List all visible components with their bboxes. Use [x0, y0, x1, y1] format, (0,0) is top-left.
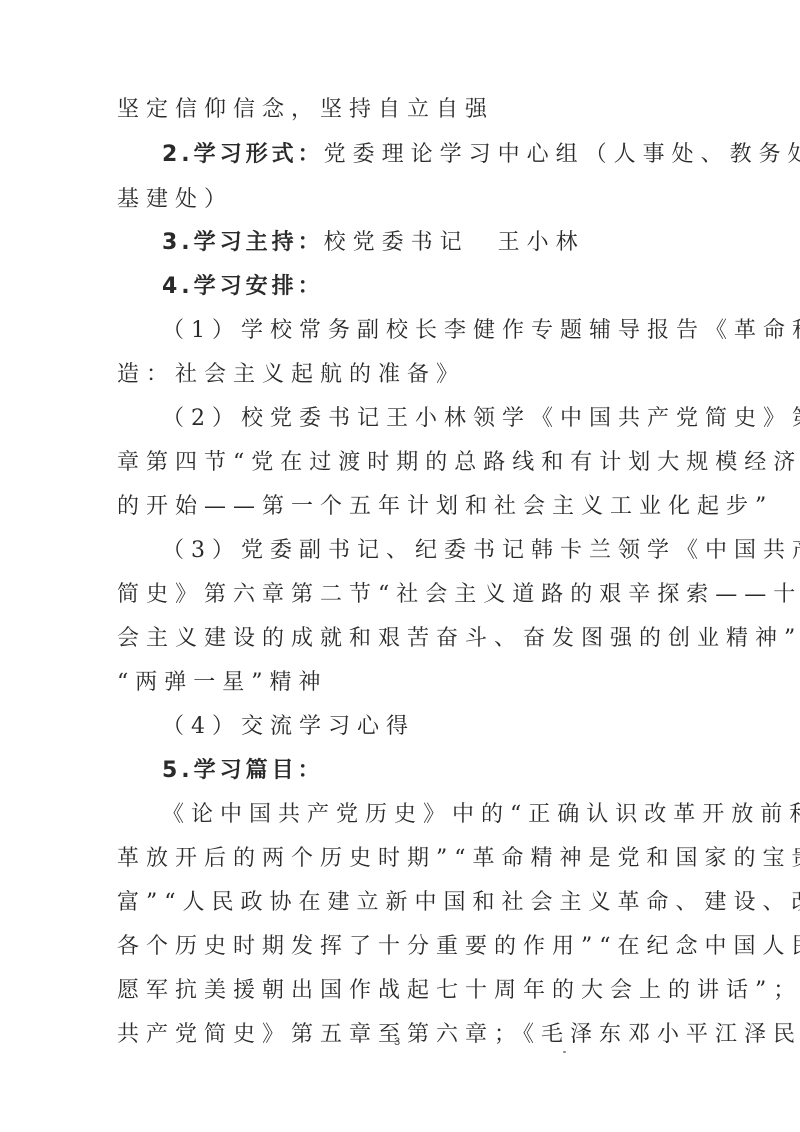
text-line: “两弹一星”精神: [117, 668, 687, 698]
document-page: 坚定信仰信念，坚持自立自强 2.学习形式：党委理论学习中心组（人事处、教务处、 …: [0, 0, 800, 1132]
page-number: 3: [394, 1036, 400, 1048]
text-line: 愿军抗美援朝出国作战起七十周年的大会上的讲话”；《中国: [117, 976, 687, 1006]
line-text: 章第四节“党在过渡时期的总路线和有计划大规模经济建设: [117, 450, 800, 475]
line-text: 共产党简史》第五章至第六章；《毛泽东邓小平江泽民胡锦: [117, 1022, 800, 1047]
section-heading-line: 3.学习主持：校党委书记 王小林: [162, 228, 732, 258]
scan-speck: [563, 1051, 566, 1053]
line-text: 校党委书记 王小林: [324, 230, 585, 255]
line-text: 的开始——第一个五年计划和社会主义工业化起步”: [117, 494, 773, 519]
text-line: 坚定信仰信念，坚持自立自强: [117, 95, 687, 125]
line-text: 革放开后的两个历史时期”“革命精神是党和国家的宝贵财: [117, 846, 800, 871]
line-text: （4）交流学习心得: [162, 714, 415, 739]
text-line: 各个历史时期发挥了十分重要的作用”“在纪念中国人民志: [117, 932, 687, 962]
section-heading-line: 4.学习安排：: [162, 272, 732, 302]
line-text: （3）党委副书记、纪委书记韩卡兰领学《中国共产党: [162, 538, 800, 563]
line-text: “两弹一星”精神: [117, 670, 328, 695]
section-heading: 5.学习篇目：: [162, 758, 324, 783]
line-text: （1）学校常务副校长李健作专题辅导报告《革命和改: [162, 318, 800, 343]
line-text: 会主义建设的成就和艰苦奋斗、奋发图强的创业精神”，谈: [117, 626, 800, 651]
line-text: （2）校党委书记王小林领学《中国共产党简史》第五: [162, 406, 800, 431]
section-heading-line: 2.学习形式：党委理论学习中心组（人事处、教务处、: [162, 140, 732, 170]
text-line: 革放开后的两个历史时期”“革命精神是党和国家的宝贵财: [117, 844, 687, 874]
text-line: 基建处）: [117, 185, 687, 215]
text-line: 富”“人民政协在建立新中国和社会主义革命、建设、改革: [117, 888, 687, 918]
line-text: 党委理论学习中心组（人事处、教务处、: [324, 142, 800, 167]
line-text: 《论中国共产党历史》中的“正确认识改革开放前和改: [162, 802, 800, 827]
section-heading-line: 5.学习篇目：: [162, 756, 732, 786]
text-line: （1）学校常务副校长李健作专题辅导报告《革命和改: [162, 316, 732, 346]
line-text: 造：社会主义起航的准备》: [117, 362, 465, 387]
section-heading: 3.学习主持：: [162, 230, 324, 255]
text-line: 章第四节“党在过渡时期的总路线和有计划大规模经济建设: [117, 448, 687, 478]
text-line: 的开始——第一个五年计划和社会主义工业化起步”: [117, 492, 687, 522]
line-text: 富”“人民政协在建立新中国和社会主义革命、建设、改革: [117, 890, 800, 915]
text-line: 共产党简史》第五章至第六章；《毛泽东邓小平江泽民胡锦: [117, 1020, 687, 1050]
line-text: 简史》第六章第二节“社会主义道路的艰辛探索——十年社: [117, 582, 800, 607]
line-text: 基建处）: [117, 187, 233, 212]
line-text: 各个历史时期发挥了十分重要的作用”“在纪念中国人民志: [117, 934, 800, 959]
text-line: （2）校党委书记王小林领学《中国共产党简史》第五: [162, 404, 732, 434]
line-text: 愿军抗美援朝出国作战起七十周年的大会上的讲话”；《中国: [117, 978, 800, 1003]
line-text: 坚定信仰信念，坚持自立自强: [117, 97, 494, 122]
text-line: （3）党委副书记、纪委书记韩卡兰领学《中国共产党: [162, 536, 732, 566]
text-line: 《论中国共产党历史》中的“正确认识改革开放前和改: [162, 800, 732, 830]
text-line: （4）交流学习心得: [162, 712, 732, 742]
section-heading: 2.学习形式：: [162, 142, 324, 167]
section-heading: 4.学习安排：: [162, 274, 324, 299]
text-line: 造：社会主义起航的准备》: [117, 360, 687, 390]
text-line: 简史》第六章第二节“社会主义道路的艰辛探索——十年社: [117, 580, 687, 610]
text-line: 会主义建设的成就和艰苦奋斗、奋发图强的创业精神”，谈: [117, 624, 687, 654]
